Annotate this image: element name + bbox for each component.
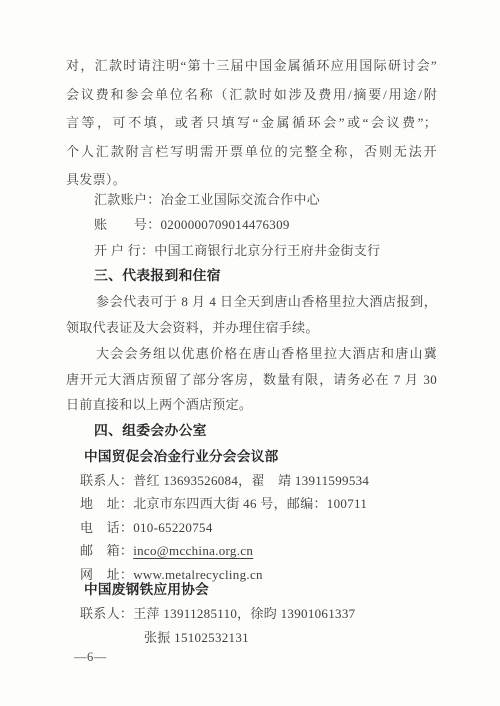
checkin-line: 领取代表证及大会资料，并办理住宿手续。 bbox=[66, 315, 437, 341]
contact-persons-line: 联系人：王萍 13911285110，徐昀 13901061337 bbox=[66, 602, 437, 626]
bank-account-number-line: 账 号：0200000709014476309 bbox=[66, 212, 437, 238]
document-body: 对，汇款时请注明“第十三届中国金属循环应用国际研讨会” 会议费和参会单位名称（汇… bbox=[66, 52, 437, 649]
hotel-line: 唐开元大酒店预留了部分客房，数量有限，请务必在 7 月 30 bbox=[66, 367, 437, 393]
org-scrap-contact-block: 联系人：王萍 13911285110，徐昀 13901061337 张振 151… bbox=[66, 602, 437, 649]
email-line: 邮 箱：inco@mcchina.org.cn bbox=[66, 539, 437, 563]
address-line: 地 址：北京市东四西大街 46 号，邮编：100711 bbox=[66, 492, 437, 516]
bank-account-name-line: 汇款账户：冶金工业国际交流合作中心 bbox=[66, 187, 437, 213]
email-label: 邮 箱： bbox=[80, 543, 133, 558]
bank-account-block: 汇款账户：冶金工业国际交流合作中心 账 号：020000070901447630… bbox=[66, 187, 437, 264]
contact-persons-line: 联系人：普红 13693526084，翟 靖 13911599534 bbox=[66, 469, 437, 493]
checkin-line: 参会代表可于 8 月 4 日全天到唐山香格里拉大酒店报到， bbox=[66, 289, 437, 315]
page-number: —6— bbox=[74, 650, 107, 665]
paragraph-hotel: 大会会务组以优惠价格在唐山香格里拉大酒店和唐山冀 唐开元大酒店预留了部分客房，数… bbox=[66, 341, 437, 418]
phone-line: 电 话：010-65220754 bbox=[66, 516, 437, 540]
section-heading-checkin: 三、代表报到和住宿 bbox=[66, 263, 437, 289]
remittance-line: 会议费和参会单位名称（汇款时如涉及费用/摘要/用途/附 bbox=[66, 81, 437, 110]
email-link[interactable]: inco@mcchina.org.cn bbox=[133, 543, 253, 558]
remittance-line: 对，汇款时请注明“第十三届中国金属循环应用国际研讨会” bbox=[66, 52, 437, 81]
org-ccpit-contact-block: 联系人：普红 13693526084，翟 靖 13911599534 地 址：北… bbox=[66, 469, 437, 587]
paragraph-checkin: 参会代表可于 8 月 4 日全天到唐山香格里拉大酒店报到， 领取代表证及大会资料… bbox=[66, 289, 437, 341]
scanned-document-page: 对，汇款时请注明“第十三届中国金属循环应用国际研讨会” 会议费和参会单位名称（汇… bbox=[0, 0, 500, 706]
paragraph-remittance: 对，汇款时请注明“第十三届中国金属循环应用国际研讨会” 会议费和参会单位名称（汇… bbox=[66, 52, 437, 195]
contact-persons-line: 张振 15102532131 bbox=[66, 626, 437, 650]
remittance-line: 言等，可不填，或者只填写“金属循环会”或“会议费”； bbox=[66, 109, 437, 138]
hotel-line: 大会会务组以优惠价格在唐山香格里拉大酒店和唐山冀 bbox=[66, 341, 437, 367]
remittance-line: 个人汇款附言栏写明需开票单位的完整全称，否则无法开 bbox=[66, 138, 437, 167]
hotel-line: 日前直接和以上两个酒店预定。 bbox=[66, 392, 437, 418]
org-ccpit-metallurgy-name: 中国贸促会冶金行业分会会议部 bbox=[66, 444, 437, 469]
bank-branch-line: 开 户 行：中国工商银行北京分行王府井金街支行 bbox=[66, 238, 437, 264]
section-heading-office: 四、组委会办公室 bbox=[66, 418, 437, 444]
